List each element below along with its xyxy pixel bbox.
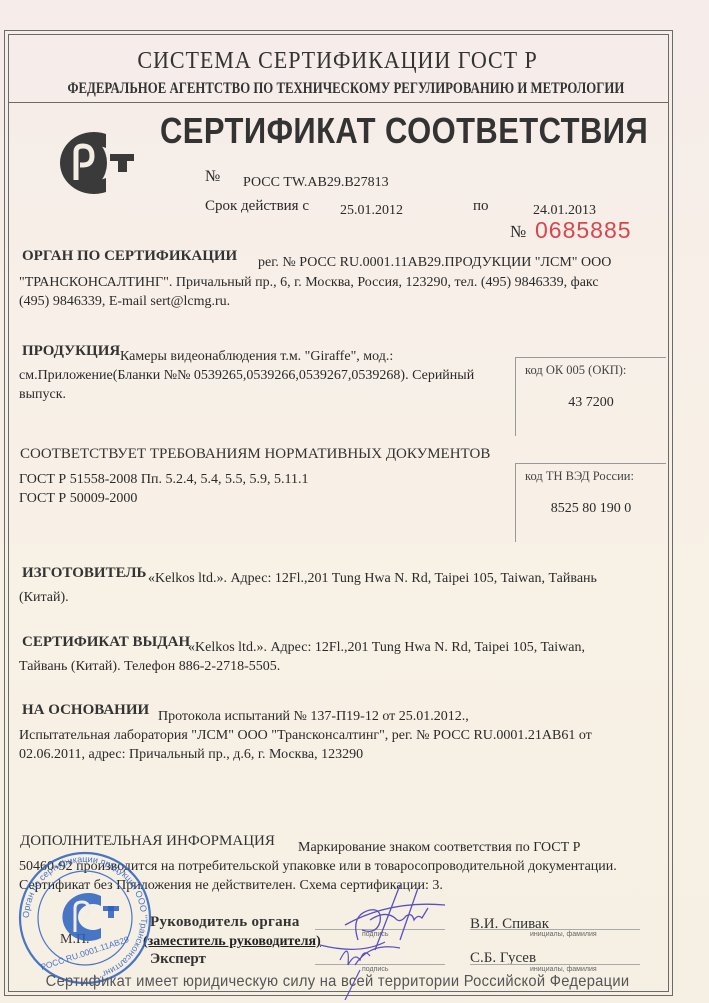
system-title: СИСТЕМА СЕРТИФИКАЦИИ ГОСТ Р xyxy=(27,48,648,75)
valid-from-date: 25.01.2012 xyxy=(340,203,403,219)
head-label: Руководитель органа xyxy=(150,914,300,931)
header-divider xyxy=(8,102,668,103)
validity-label: Срок действия с xyxy=(205,198,309,215)
document-title: СЕРТИФИКАТ СООТВЕТСТВИЯ xyxy=(160,110,648,152)
manufacturer-line2: (Китай). xyxy=(19,588,69,607)
tnved-code-label: код ТН ВЭД России: xyxy=(525,469,634,484)
basis-line2: Испытательная лаборатория "ЛСМ" ООО "Тра… xyxy=(19,726,592,745)
agency-name: ФЕДЕРАЛЬНОЕ АГЕНТСТВО ПО ТЕХНИЧЕСКОМУ РЕ… xyxy=(68,80,608,98)
product-label: ПРОДУКЦИЯ xyxy=(22,343,120,360)
expert-label: Эксперт xyxy=(150,951,206,968)
issued-to-line2: Тайвань (Китай). Телефон 886-2-2718-5505… xyxy=(19,657,280,676)
number-sign: № xyxy=(205,168,220,186)
issued-to-label: СЕРТИФИКАТ ВЫДАН xyxy=(22,634,190,651)
manufacturer-label: ИЗГОТОВИТЕЛЬ xyxy=(22,565,146,582)
manufacturer-line1: «Kelkos ltd.». Адрес: 12Fl.,201 Tung Hwa… xyxy=(148,569,597,588)
certificate-number: РОСС TW.AB29.B27813 xyxy=(243,175,389,191)
serial-number: 0685885 xyxy=(535,217,632,244)
serial-number-sign: № xyxy=(510,222,526,242)
valid-to-label: по xyxy=(473,198,489,215)
basis-line1: Протокола испытаний № 137-П19-12 от 25.0… xyxy=(158,707,469,726)
expert-name-caption: инициалы, фамилия xyxy=(530,966,597,973)
okp-code-value: 43 7200 xyxy=(516,395,666,411)
certification-body-label: ОРГАН ПО СЕРТИФИКАЦИИ xyxy=(22,248,237,265)
issued-to-line1: «Kelkos ltd.». Адрес: 12Fl.,201 Tung Hwa… xyxy=(188,638,585,657)
expert-name-line xyxy=(470,964,640,965)
additional-info-line1: Маркирование знаком соответствия по ГОСТ… xyxy=(298,838,580,857)
okp-code-box: код ОК 005 (ОКП): 43 7200 xyxy=(515,357,666,436)
footer-note: Сертификат имеет юридическую силу на все… xyxy=(27,973,648,991)
certification-body-line1: рег. № РОСС RU.0001.11АВ29.ПРОДУКЦИИ "ЛС… xyxy=(258,253,611,272)
tnved-code-box: код ТН ВЭД России: 8525 80 190 0 xyxy=(515,463,666,542)
product-line1: Камеры видеонаблюдения т.м. "Giraffe", м… xyxy=(120,347,393,366)
basis-label: НА ОСНОВАНИИ xyxy=(22,702,149,719)
additional-info-label: ДОПОЛНИТЕЛЬНАЯ ИНФОРМАЦИЯ xyxy=(20,833,275,850)
rst-logo-icon xyxy=(50,128,142,198)
conformity-label: СООТВЕТСТВУЕТ ТРЕБОВАНИЯМ НОРМАТИВНЫХ ДО… xyxy=(20,446,490,463)
deputy-label: (заместитель руководителя) xyxy=(143,934,321,950)
product-line3: выпуск. xyxy=(19,385,66,404)
head-name-caption: инициалы, фамилия xyxy=(530,931,597,938)
certification-body-line2: "ТРАНСКОНСАЛТИНГ". Причальный пр., 6, г.… xyxy=(19,273,599,292)
product-line2: см.Приложение(Бланки №№ 0539265,0539266,… xyxy=(19,366,474,385)
head-name-line xyxy=(470,929,640,930)
certification-body-line3: (495) 9846339, E-mail sert@lcmg.ru. xyxy=(19,292,230,311)
conformity-line1: ГОСТ Р 51558-2008 Пп. 5.2.4, 5.4, 5.5, 5… xyxy=(19,470,308,489)
basis-line3: 02.06.2011, адрес: Причальный пр., д.6, … xyxy=(19,745,363,764)
okp-code-label: код ОК 005 (ОКП): xyxy=(525,363,626,378)
official-stamp-icon: Орган по сертификации продукции ООО "Тра… xyxy=(17,850,153,986)
tnved-code-value: 8525 80 190 0 xyxy=(516,501,666,517)
conformity-line2: ГОСТ Р 50009-2000 xyxy=(19,489,137,508)
